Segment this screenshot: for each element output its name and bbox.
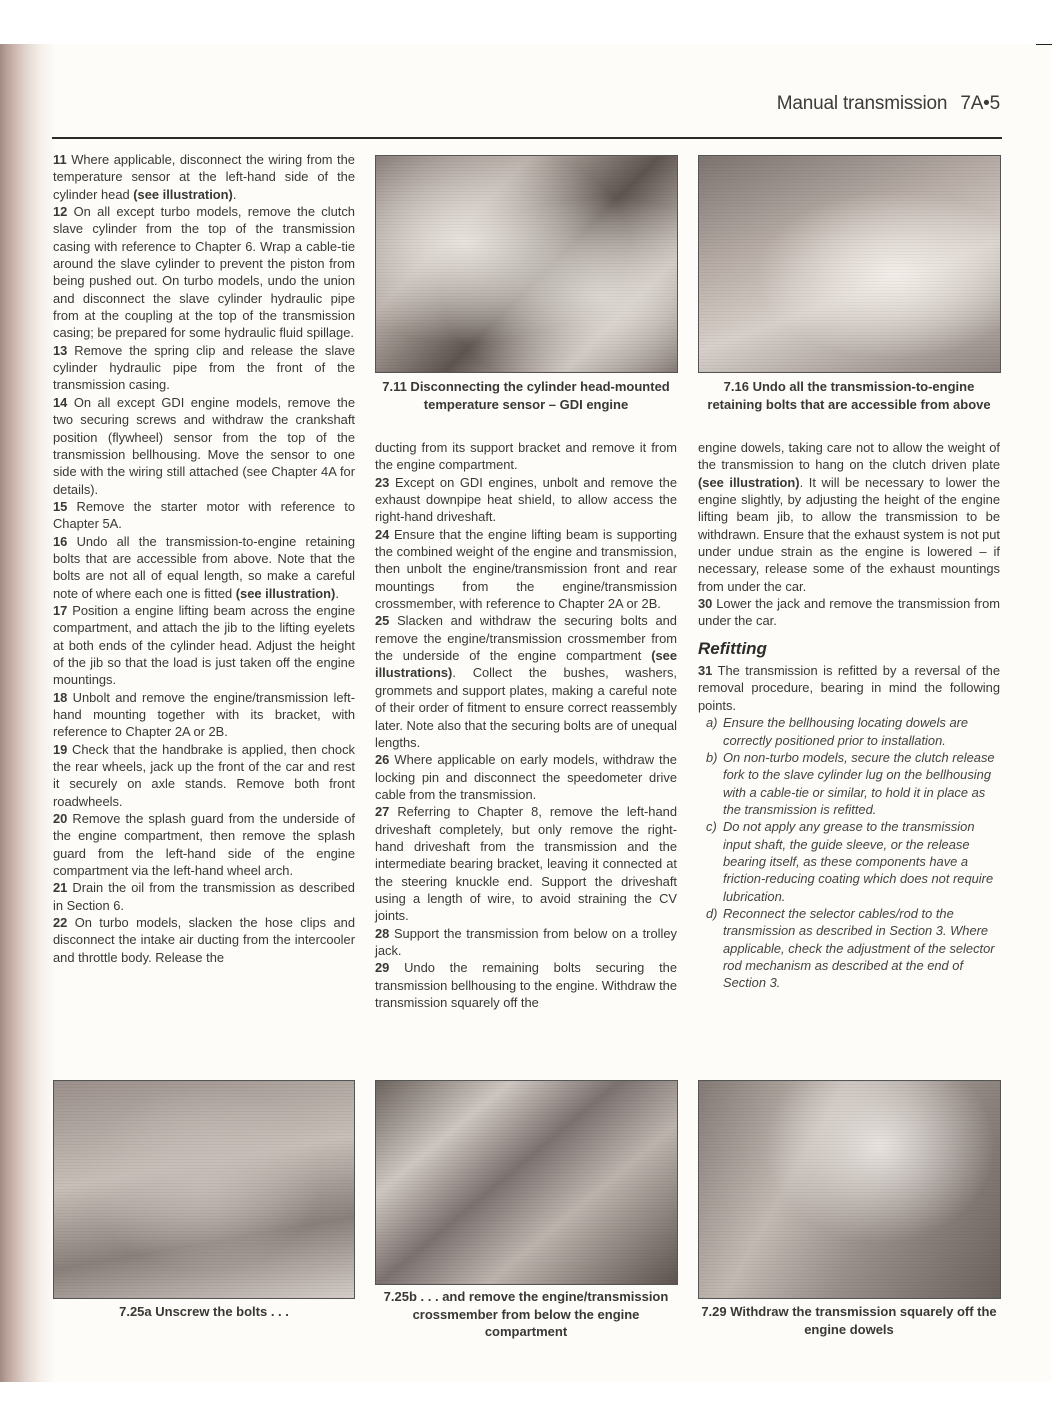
step-text: On all except GDI engine models, remove …: [53, 395, 355, 497]
step-text: Where applicable on early models, withdr…: [375, 752, 677, 802]
step-number: 31: [698, 663, 712, 678]
figure-7-25b-photo: [375, 1080, 678, 1285]
page-binding-shadow: [0, 44, 55, 1382]
step-number: 15: [53, 499, 67, 514]
step-text: Remove the spring clip and release the s…: [53, 343, 355, 393]
step-paragraph: 16 Undo all the transmission-to-engine r…: [53, 533, 355, 602]
list-item-text: On non-turbo models, secure the clutch r…: [723, 750, 995, 817]
step-text: ducting from its support bracket and rem…: [375, 440, 677, 472]
step-number: 21: [53, 880, 67, 895]
step-text: Position a engine lifting beam across th…: [53, 603, 355, 687]
step-paragraph: 20 Remove the splash guard from the unde…: [53, 810, 355, 879]
step-number: 17: [53, 603, 67, 618]
step-paragraph: 29 Undo the remaining bolts securing the…: [375, 959, 677, 1011]
list-item: a)Ensure the bellhousing locating dowels…: [698, 714, 1000, 749]
text-column-2: ducting from its support bracket and rem…: [375, 439, 677, 1011]
list-item-text: Reconnect the selector cables/rod to the…: [723, 906, 995, 990]
step-paragraph: 24 Ensure that the engine lifting beam i…: [375, 526, 677, 613]
step-number: 18: [53, 690, 67, 705]
step-paragraph: 21 Drain the oil from the transmission a…: [53, 879, 355, 914]
step-number: 27: [375, 804, 389, 819]
list-item-label: c): [706, 818, 717, 835]
step-number: 23: [375, 475, 389, 490]
step-text: Drain the oil from the transmission as d…: [53, 880, 355, 912]
figure-7-25b-caption: 7.25b . . . and remove the engine/transm…: [375, 1288, 677, 1341]
step-text: On all except turbo models, remove the c…: [53, 204, 355, 340]
list-item-text: Ensure the bellhousing locating dowels a…: [723, 715, 968, 747]
step-paragraph: 26 Where applicable on early models, wit…: [375, 751, 677, 803]
list-item-label: a): [706, 714, 717, 731]
step-text: The transmission is refitted by a revers…: [698, 663, 1000, 713]
step-text: Remove the starter motor with reference …: [53, 499, 355, 531]
figure-7-29-photo: [698, 1080, 1001, 1299]
illustration-reference: (see illustration): [133, 187, 233, 202]
step-paragraph: 15 Remove the starter motor with referen…: [53, 498, 355, 533]
step-paragraph: 25 Slacken and withdraw the securing bol…: [375, 612, 677, 751]
step-text: Except on GDI engines, unbolt and remove…: [375, 475, 677, 525]
step-paragraph: 31 The transmission is refitted by a rev…: [698, 662, 1000, 714]
step-paragraph: 19 Check that the handbrake is applied, …: [53, 741, 355, 810]
step-paragraph: 18 Unbolt and remove the engine/transmis…: [53, 689, 355, 741]
refitting-points-list: a)Ensure the bellhousing locating dowels…: [698, 714, 1000, 992]
step-number: 12: [53, 204, 67, 219]
illustration-reference: (see illustration): [236, 586, 336, 601]
header-rule: [52, 137, 1002, 139]
chapter-title: Manual transmission: [777, 93, 947, 114]
step-text: engine dowels, taking care not to allow …: [698, 440, 1000, 472]
running-header: Manual transmission 7A•5: [777, 93, 1000, 115]
step-number: 24: [375, 527, 389, 542]
figure-7-25a-photo: [53, 1080, 355, 1299]
step-text-end: . It will be necessary to lower the engi…: [698, 475, 1000, 594]
list-item-text: Do not apply any grease to the transmiss…: [723, 819, 993, 903]
step-paragraph: 12 On all except turbo models, remove th…: [53, 203, 355, 342]
step-text: Undo the remaining bolts securing the tr…: [375, 960, 677, 1010]
step-paragraph: 28 Support the transmission from below o…: [375, 925, 677, 960]
step-number: 19: [53, 742, 67, 757]
page-number: 7A•5: [960, 93, 1000, 114]
step-number: 16: [53, 534, 67, 549]
step-paragraph: 27 Referring to Chapter 8, remove the le…: [375, 803, 677, 924]
list-item-label: b): [706, 749, 717, 766]
text-column-1: 11 Where applicable, disconnect the wiri…: [53, 151, 355, 966]
list-item: c)Do not apply any grease to the transmi…: [698, 818, 1000, 905]
step-paragraph-continued: ducting from its support bracket and rem…: [375, 439, 677, 474]
step-paragraph: 23 Except on GDI engines, unbolt and rem…: [375, 474, 677, 526]
step-text-end: .: [335, 586, 339, 601]
step-text: Lower the jack and remove the transmissi…: [698, 596, 1000, 628]
step-text: Slacken and withdraw the securing bolts …: [375, 613, 677, 663]
step-number: 11: [53, 152, 67, 167]
list-item: d)Reconnect the selector cables/rod to t…: [698, 905, 1000, 992]
step-text: Remove the splash guard from the undersi…: [53, 811, 355, 878]
step-paragraph: 30 Lower the jack and remove the transmi…: [698, 595, 1000, 630]
figure-7-29-caption: 7.29 Withdraw the transmission squarely …: [698, 1303, 1000, 1338]
section-heading-refitting: Refitting: [698, 640, 1000, 657]
step-number: 20: [53, 811, 67, 826]
step-paragraph: 13 Remove the spring clip and release th…: [53, 342, 355, 394]
list-item-label: d): [706, 905, 717, 922]
step-number: 30: [698, 596, 712, 611]
figure-7-16-photo: [698, 155, 1001, 373]
step-text-end: .: [233, 187, 237, 202]
figure-7-11-photo: [375, 155, 678, 373]
text-column-3: engine dowels, taking care not to allow …: [698, 439, 1000, 992]
step-paragraph: 17 Position a engine lifting beam across…: [53, 602, 355, 689]
step-paragraph: 22 On turbo models, slacken the hose cli…: [53, 914, 355, 966]
step-number: 25: [375, 613, 389, 628]
list-item: b)On non-turbo models, secure the clutch…: [698, 749, 1000, 818]
step-text: On turbo models, slacken the hose clips …: [53, 915, 355, 965]
step-text: Check that the handbrake is applied, the…: [53, 742, 355, 809]
step-number: 28: [375, 926, 389, 941]
step-text: Unbolt and remove the engine/transmissio…: [53, 690, 355, 740]
step-number: 26: [375, 752, 389, 767]
step-number: 14: [53, 395, 67, 410]
step-text: Referring to Chapter 8, remove the left-…: [375, 804, 677, 923]
step-text: Support the transmission from below on a…: [375, 926, 677, 958]
step-text: Ensure that the engine lifting beam is s…: [375, 527, 677, 611]
step-number: 29: [375, 960, 389, 975]
figure-7-16-caption: 7.16 Undo all the transmission-to-engine…: [698, 378, 1000, 413]
crop-mark: [1036, 44, 1052, 45]
figure-7-25a-caption: 7.25a Unscrew the bolts . . .: [53, 1303, 355, 1321]
step-paragraph: 11 Where applicable, disconnect the wiri…: [53, 151, 355, 203]
figure-7-11-caption: 7.11 Disconnecting the cylinder head-mou…: [375, 378, 677, 413]
step-number: 22: [53, 915, 67, 930]
illustration-reference: (see illustration): [698, 475, 800, 490]
step-number: 13: [53, 343, 67, 358]
step-paragraph-continued: engine dowels, taking care not to allow …: [698, 439, 1000, 595]
step-paragraph: 14 On all except GDI engine models, remo…: [53, 394, 355, 498]
